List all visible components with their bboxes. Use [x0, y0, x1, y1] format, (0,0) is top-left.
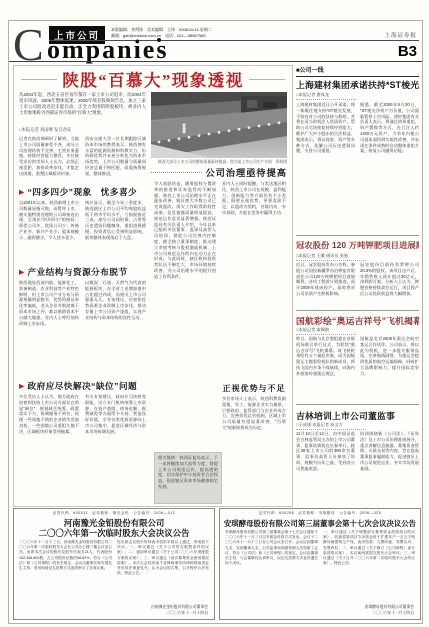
feature-article: 陕股“百慕大”现象透视 从2004年起，西北五省区每年都有一家上市公司退市，而2…	[13, 65, 293, 507]
factory-photo	[151, 92, 287, 158]
ad-column: 二〇〇六年十一月十三日，河南豫光金铅股份有限公司二〇〇六年第一次临时股东大会在公…	[19, 540, 112, 602]
section-header-1: “四多四少”现象 忧多喜少	[19, 186, 146, 198]
right-column: ■公司一线 上海建材集团承诺扶持*ST棱光 □本报记者 唐真龙 上海建材集团近日…	[296, 65, 419, 505]
arrow-icon	[19, 268, 25, 276]
article-byline: □本报记者 索佩敏	[296, 327, 356, 335]
article-column: 昨日，国航与北京奥组委在首都机场联合举行仪式，为彩绘“奥运吉祥号”飞机揭幕。该飞…	[296, 336, 355, 400]
page-frame: C 上市公司 本版编辑：李剑锋 美术编辑：王炜 2006/11/14 星期二 邮…	[8, 20, 423, 624]
masthead-wordmark: ompanies	[47, 37, 168, 63]
feature-title: 陕股“百慕大”现象透视	[62, 67, 244, 91]
section-body-column: 多位受访人士认为，地方政府在培育和扶持上市公司方面存在明显“缺位”：规划缺乏统筹…	[19, 394, 79, 498]
paper-name: 上海证券报	[384, 31, 417, 39]
article-column: 上海建材集团近日公开承诺，将一如既往地支持*ST棱光发展，不放弃对公司的扶持与救…	[296, 102, 355, 230]
section-body-column: 统计显示，截至今年三季度末，陕西辖区上市公司平均每股收益低于两市平均水平，亏损面…	[85, 200, 146, 260]
section-title: “四多四少”现象 忧多喜少	[28, 186, 138, 198]
section-title: 政府应尽快解决“缺位”问题	[28, 380, 138, 392]
article-divider	[296, 404, 419, 405]
newspaper-page: C 上市公司 本版编辑：李剑锋 美术编辑：王炜 2006/11/14 星期二 邮…	[0, 0, 429, 627]
article-column: 国航是北京2008年奥运会航空客运合作伙伴。公司表示，将以此为契机，进一步提升服…	[360, 336, 419, 400]
ad-column: 安琪酵母股份有限公司第三届董事会第十七次会议通知于二〇〇六年十一月三日以书面及传…	[225, 530, 318, 602]
article-headline: 冠农股份 120 万吨钾肥项目进展顺利	[296, 240, 419, 251]
article-column: 冠农股份目前持有罗钾公司20.3%的股权。该项目达产后，年销售收入预计超过30亿…	[360, 262, 419, 306]
masthead-c-letter: C	[13, 19, 44, 70]
ad-column: 经出席会议股东所持表决权的半数以上通过，形成如下决议：一、审议通过《关于公司符合…	[117, 540, 209, 602]
governance-title: 公司治理亟待提高	[206, 165, 288, 179]
ad-column: 一、审议通过《关于调整部分募集资金投资项目的议案》，同意将原项目节余资金用于扩建…	[323, 530, 415, 602]
ad-signature-date: 二〇〇六年十一月十四日	[166, 611, 208, 616]
arrow-icon	[19, 382, 25, 390]
factory-photo-image	[151, 92, 287, 158]
section-header-2: 产业结构与资源分布脱节	[19, 266, 146, 278]
ad-meta: 证券代码：600298 证券简称：安琪酵母 公告编号：2006—025	[223, 511, 417, 516]
article-byline: □本报记者 王璐 通讯员 张弛	[296, 253, 366, 261]
article-byline: □本报记者 唐真龙	[296, 92, 356, 100]
highlight-box: 相关链接：陕西证监局表示，下一步将继续加大监管力度，督促上市公司规范运作，提高透…	[154, 452, 222, 504]
article-divider	[296, 310, 419, 311]
governance-column: 多位市场人士表示，陕西科教资源富集，军工、能源企业实力雄厚，只要政府、监管部门与…	[222, 396, 286, 500]
governance-column: 令人欣慰的是，随着股权分置改革的推进和证券监管的不断加强，陕西上市公司治理水平正…	[154, 181, 216, 449]
section-title: 产业结构与资源分布脱节	[28, 266, 128, 278]
section-body-column: 陕西地处西部内陆，能源化工、装备制造、农业科技等产业特色鲜明，但上市公司产业分布…	[19, 280, 79, 374]
section-body-column: 以煤炭、石油、天然气为代表的能源板块，在全省工业增加值中占比超过四成，而相关上市…	[85, 280, 146, 374]
arrow-icon	[19, 188, 25, 196]
ad-signature: 安琪酵母股份有限公司董事会	[365, 605, 414, 610]
column-tag: ■公司一线	[296, 65, 419, 77]
article-column: 培训围绕新《公司法》、《证券法》及上市公司治理准则展开，重点讲解信息披露、募集资…	[360, 431, 419, 503]
announcement-ad-2: 证券代码：600298 证券简称：安琪酵母 公告编号：2006—025 安琪酵母…	[219, 508, 421, 620]
governance-crosshead: 正视优势与不足	[222, 383, 286, 394]
header-divider	[9, 61, 422, 62]
feature-title-row: 陕股“百慕大”现象透视	[16, 69, 290, 89]
ad-signature: 河南豫光金铅股份有限公司董事会	[151, 605, 208, 610]
ad-title: 二〇〇六年第一次临时股东大会决议公告	[17, 527, 211, 539]
section-body-column: 有关专家建议，政府应尽快转变职能，设立专门机构统筹上市资源，在资产重组、债务化解…	[85, 394, 146, 498]
article-headline: 国航彩绘“奥运吉祥号”飞机揭幕	[296, 314, 419, 327]
article-column: 据悉，截至2006年6月30日，*ST棱光净资产为负值，公司面临暂停上市风险。建…	[360, 102, 419, 230]
page-number: B3	[398, 43, 417, 60]
ad-signature-date: 二〇〇六年十一月十四日	[372, 611, 414, 616]
ad-meta: 证券代码：600531 证券简称：豫光金铅 公告编号：2006—012	[17, 511, 211, 516]
governance-header: 公司治理亟待提高	[151, 166, 287, 178]
article-headline: 吉林培训上市公司董监事	[296, 409, 419, 422]
feature-byline: □本报记者 刘雨峰 发自西安	[19, 127, 146, 133]
article-headline: 上海建材集团承诺扶持*ST棱光	[296, 78, 419, 91]
ad-title: 安琪酵母股份有限公司第三届董事会第十七次会议决议公告	[223, 518, 417, 529]
article-column: 11月10日至12日，由中国证监会吉林监管局主办的上市公司董事、监事培训班在长春…	[296, 431, 355, 503]
feature-intro-column: 西安交通大学一位长期跟踪区域资本市场的教授表示，陕西拥有丰富的能源资源和科教实力…	[85, 136, 146, 184]
section-body-column: 自2001年以来，陕西新增上市公司数量屈指可数，而暂停上市、被实施特别处理的公司…	[19, 200, 79, 260]
governance-column: 业内人士同时提醒，与发达地区相比，陕西上市公司在规模、盈利能力、创新能力等方面仍…	[222, 181, 286, 379]
feature-lead: 从2004年起，西北五省区每年都有一家上市公司退市，而2004年退市风波、200…	[19, 92, 146, 125]
feature-intro-column: 记者在陕西调研时了解到，当地上市公司质量参差不齐，部分公司治理结构不完善，主营业…	[19, 136, 79, 184]
article-divider	[296, 235, 419, 236]
announcement-ad-1: 证券代码：600531 证券简称：豫光金铅 公告编号：2006—012 河南豫光…	[13, 508, 215, 620]
section-header-3: 政府应尽快解决“缺位”问题	[19, 380, 146, 392]
article-column: 近日，冠农股份发布公告称，参股公司国投新疆罗布泊钾盐有限责任公司120万吨钾肥项…	[296, 262, 355, 306]
article-byline: □王成康 本报记者 高文力	[296, 422, 366, 430]
